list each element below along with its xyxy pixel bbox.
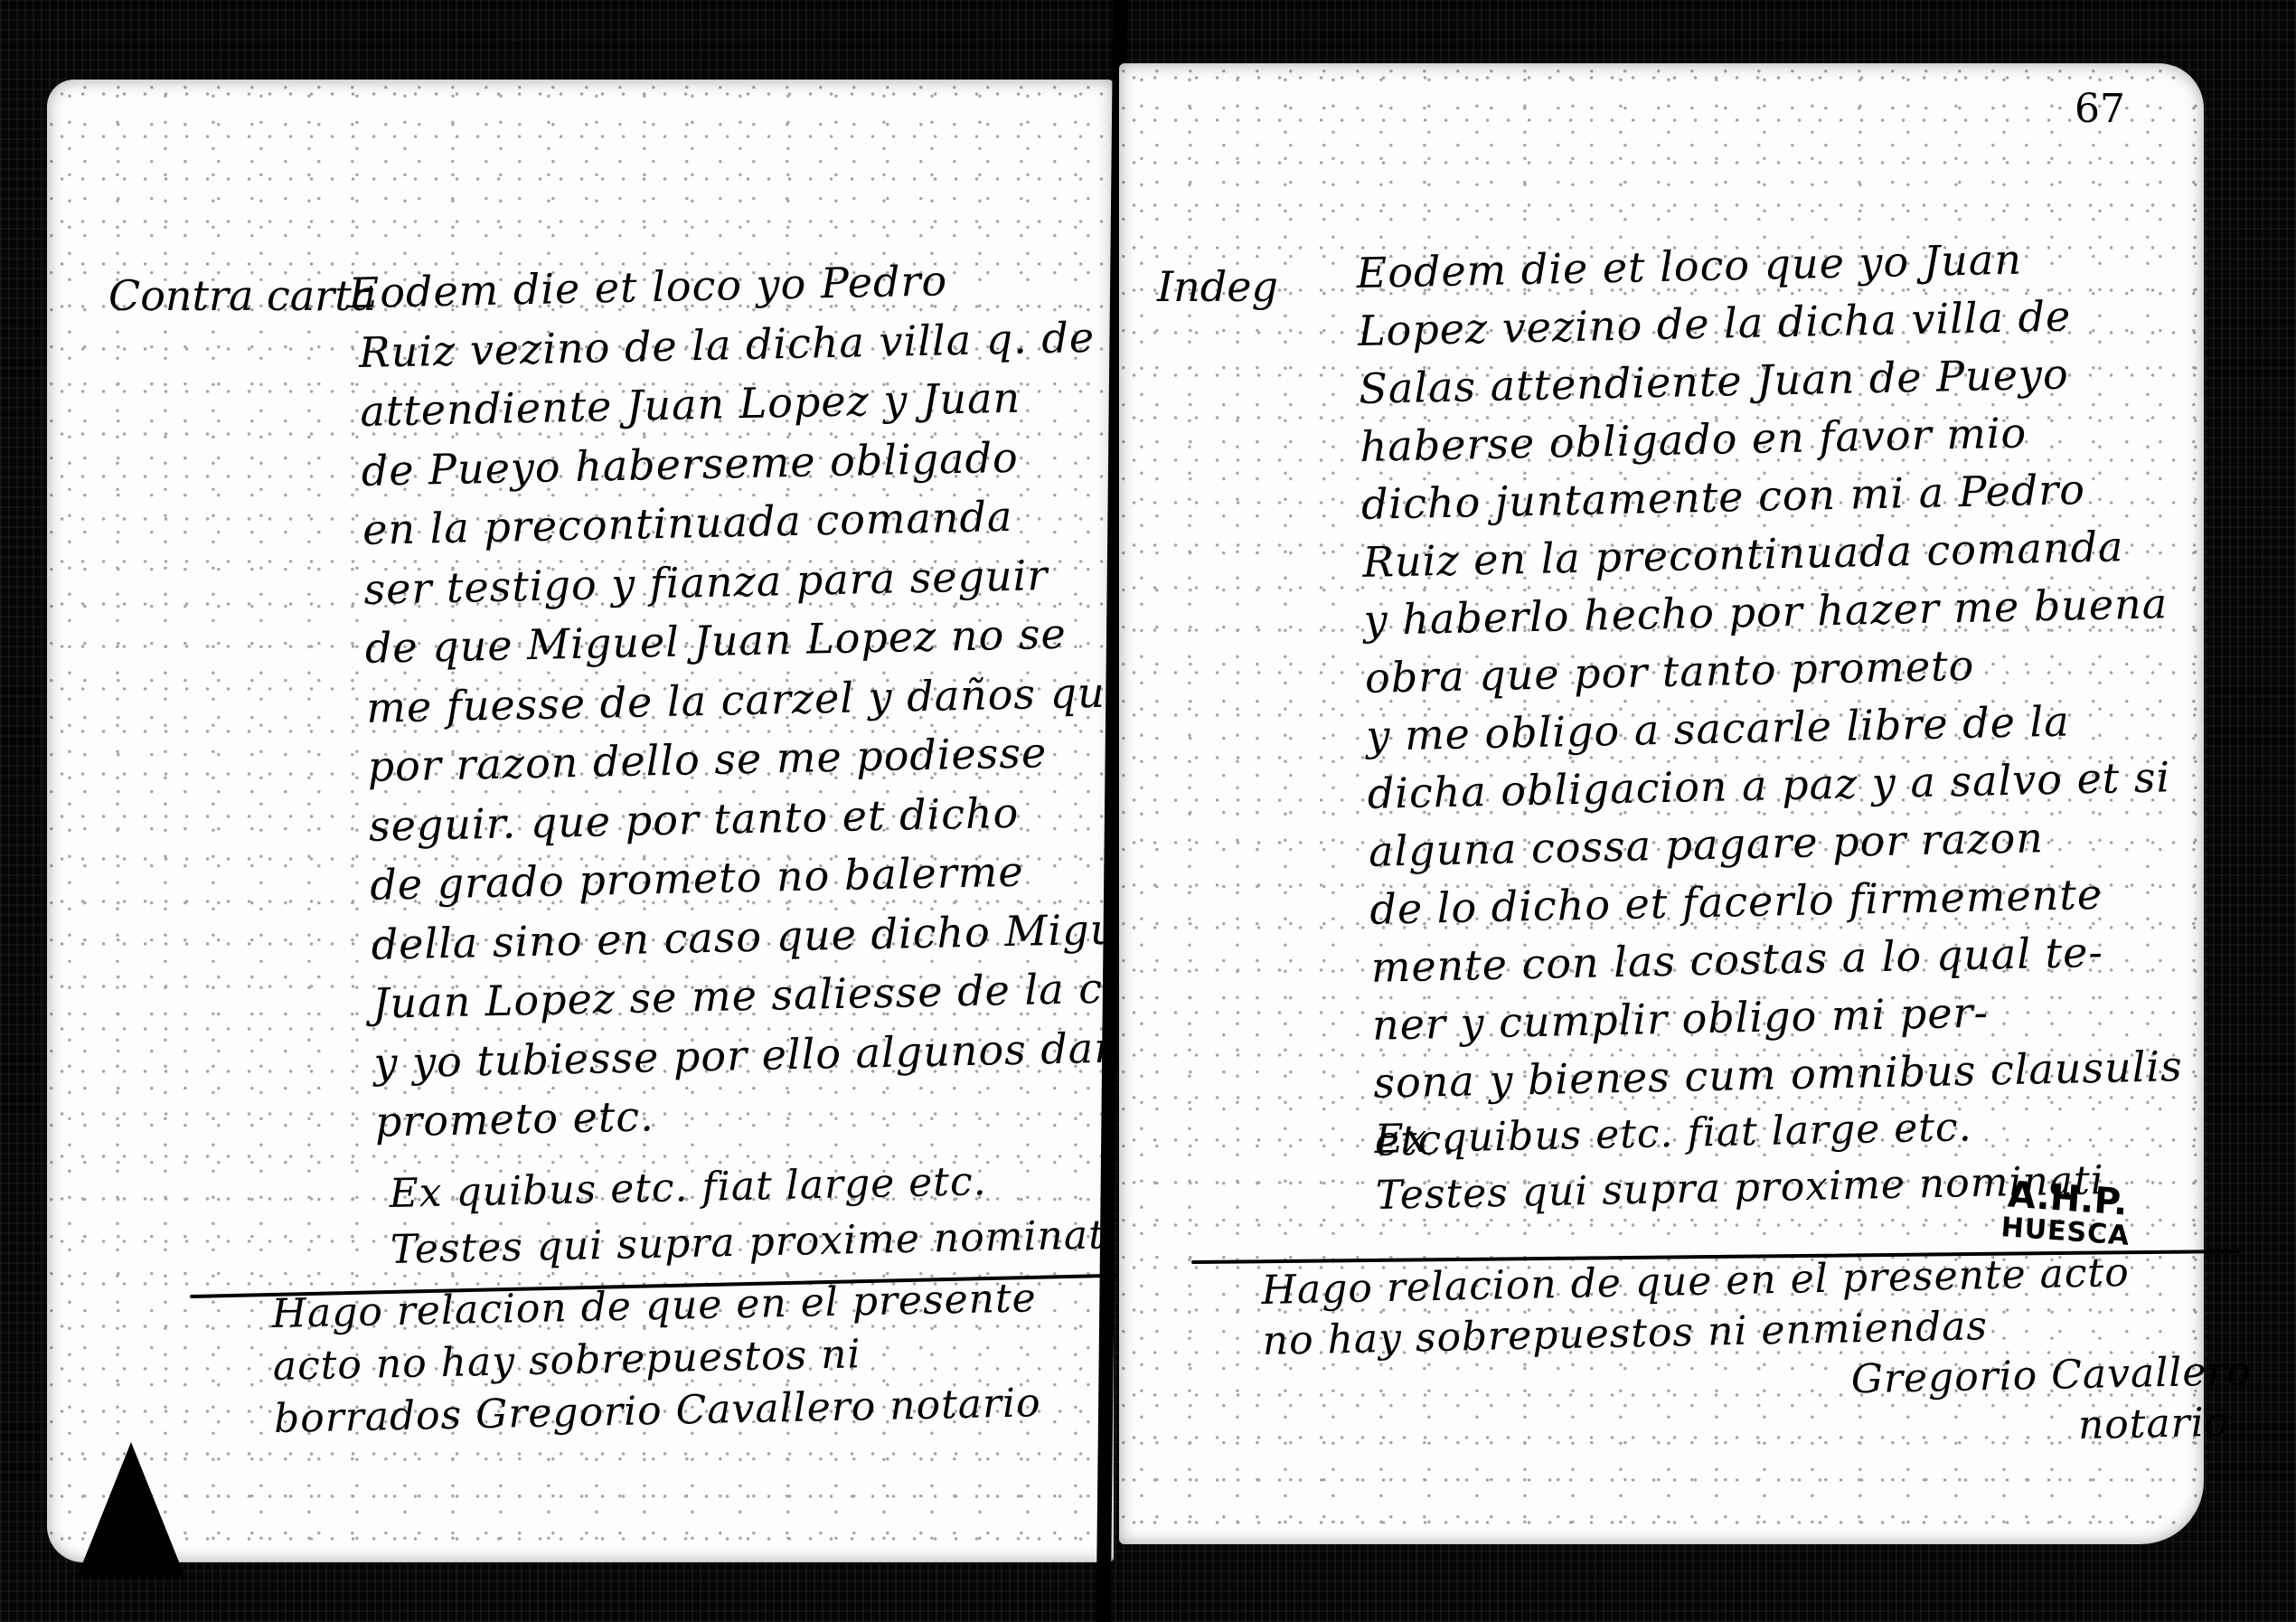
right-witness-clause: Ex quibus etc. fiat large etc. Testes qu…: [1374, 1097, 2104, 1224]
corner-damage-mark: [77, 1442, 185, 1578]
right-body-text: Eodem die et loco que yo Juan Lopez vezi…: [1356, 227, 2185, 1170]
left-notary-note: Hago relacion de que en el presente acto…: [271, 1272, 1041, 1446]
right-notary-note: Hago relacion de que en el presente acto…: [1261, 1245, 2254, 1468]
folio-number: 67: [2075, 86, 2125, 132]
text-line: notario: [2077, 1397, 2253, 1451]
left-witness-clause: Ex quibus etc. fiat large etc. Testes qu…: [389, 1151, 1119, 1278]
left-margin-note: Contra carta: [108, 271, 376, 320]
text-line: Gregorio Cavallero: [1850, 1346, 2252, 1405]
right-margin-note: Indeg: [1157, 262, 1278, 311]
archive-stamp: A.H.P. HUESCA: [2000, 1175, 2134, 1250]
